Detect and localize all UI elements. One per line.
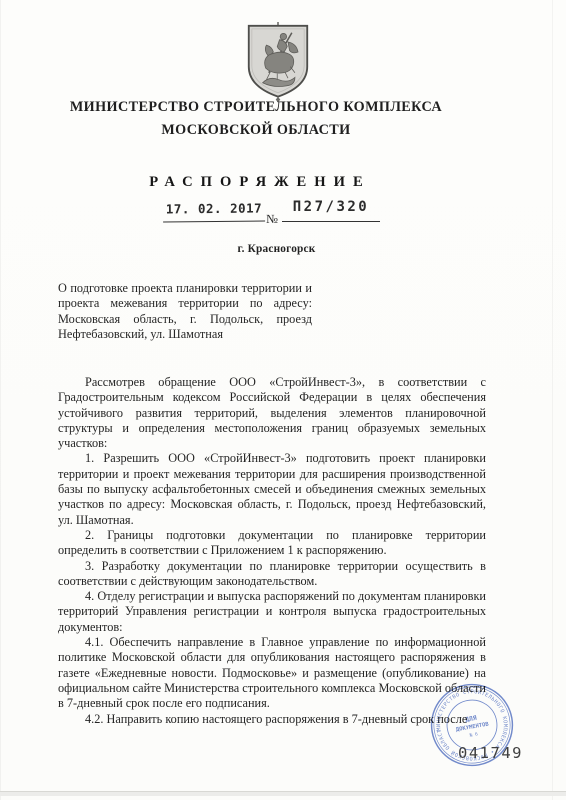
scanned-decree-page: МИНИСТЕРСТВО СТРОИТЕЛЬНОГО КОМПЛЕКСА МОС… — [0, 0, 566, 800]
stamp-center-line2: ДОКУМЕНТОВ — [456, 721, 490, 733]
paragraph-item-4-2: 4.2. Направить копию настоящего распоряж… — [58, 712, 486, 727]
scan-edge-bottom — [0, 791, 566, 796]
scan-fold-line — [552, 0, 553, 800]
paragraph-item-3: 3. Разработку документации по планировке… — [58, 559, 486, 590]
city-label: г. Красногорск — [0, 243, 553, 255]
paragraph-item-1: 1. Разрешить ООО «СтройИнвест-3» подгото… — [58, 451, 486, 527]
stamp-center-line3: № 6 — [469, 731, 478, 738]
decree-heading: РАСПОРЯЖЕНИЕ — [0, 174, 512, 191]
decree-number-stamp: П27/320 — [282, 199, 380, 222]
subject-paragraph: О подготовке проекта планировки территор… — [58, 281, 312, 343]
paragraph-item-2: 2. Границы подготовки документации по пл… — [58, 528, 486, 559]
stamp-center-line1: ДЛЯ — [465, 715, 478, 724]
paragraph-preamble: Рассмотрев обращение ООО «СтройИнвест-3»… — [58, 375, 486, 451]
date-stamp: 17. 02. 2017 — [163, 200, 265, 222]
ministry-name-line2: МОСКОВСКОЙ ОБЛАСТИ — [0, 119, 512, 142]
decree-body: Рассмотрев обращение ООО «СтройИнвест-3»… — [58, 375, 486, 727]
number-sign-label: № — [266, 212, 278, 227]
ministry-name: МИНИСТЕРСТВО СТРОИТЕЛЬНОГО КОМПЛЕКСА МОС… — [0, 96, 512, 142]
coat-of-arms-moscow-oblast-icon — [237, 22, 319, 107]
paragraph-item-4-1: 4.1. Обеспечить направление в Главное уп… — [58, 635, 486, 711]
paragraph-item-4: 4. Отделу регистрации и выпуска распоряж… — [58, 589, 486, 635]
serial-number: 041749 — [458, 744, 523, 762]
ministry-name-line1: МИНИСТЕРСТВО СТРОИТЕЛЬНОГО КОМПЛЕКСА — [0, 96, 512, 119]
